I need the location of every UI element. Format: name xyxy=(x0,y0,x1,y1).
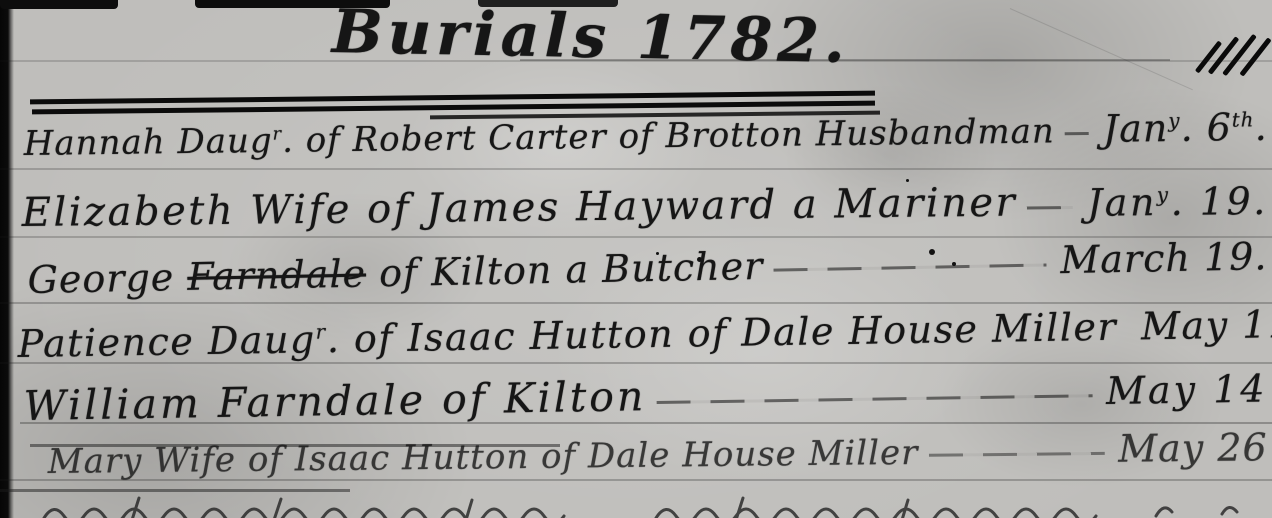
ruled-line xyxy=(0,168,1272,170)
entry-text: Patience Daugr. of Isaac Hutton of Dale … xyxy=(17,305,1117,366)
entry-text: George Farndale of Kilton a Butcher xyxy=(27,244,764,302)
dash-filler xyxy=(773,263,1046,271)
dash-filler xyxy=(656,394,1092,404)
entry-date: May 26 xyxy=(1118,425,1268,471)
burial-entry: Elizabeth Wife of James Hayward a Marine… xyxy=(22,177,1268,236)
entry-text: Mary Wife of Isaac Hutton of Dale House … xyxy=(48,433,919,482)
burial-entry: William Farndale of Kilton May 14 xyxy=(23,362,1268,430)
entry-date: March 19. xyxy=(1060,234,1268,282)
paper-scratch xyxy=(1010,8,1193,90)
dash-filler xyxy=(1065,132,1089,135)
page-left-edge-shadow xyxy=(0,0,14,518)
burial-entry: Hannah Daugr. of Robert Carter of Brotto… xyxy=(23,105,1267,164)
entry-date: May 11. xyxy=(1141,302,1272,349)
dash-filler xyxy=(1027,206,1073,209)
entry-text: William Farndale of Kilton xyxy=(23,372,646,430)
entry-date: Jany. 6th. xyxy=(1103,105,1268,151)
entry-text: Elizabeth Wife of James Hayward a Marine… xyxy=(22,180,1018,236)
partial-entry-strokes xyxy=(36,496,1256,518)
struck-surname: Farndale xyxy=(187,252,367,299)
burial-entry: George Farndale of Kilton a Butcher Marc… xyxy=(27,234,1268,302)
entry-date: May 14 xyxy=(1106,366,1268,413)
ruled-line xyxy=(0,302,1272,304)
burial-entry: Mary Wife of Isaac Hutton of Dale House … xyxy=(48,425,1268,482)
burial-entry: Patience Daugr. of Isaac Hutton of Dale … xyxy=(17,302,1268,366)
entry-date: Jany. 19. xyxy=(1087,179,1268,225)
entry-text: Hannah Daugr. of Robert Carter of Brotto… xyxy=(24,111,1055,164)
strike-mark xyxy=(0,489,350,492)
pen-stroke xyxy=(1222,34,1257,76)
register-page-scan: Burials 1782. Hannah Daugr. of Robert Ca… xyxy=(0,0,1272,518)
dash-filler xyxy=(928,452,1104,457)
page-title: Burials 1782. xyxy=(331,0,850,77)
ink-smudge xyxy=(0,0,118,9)
